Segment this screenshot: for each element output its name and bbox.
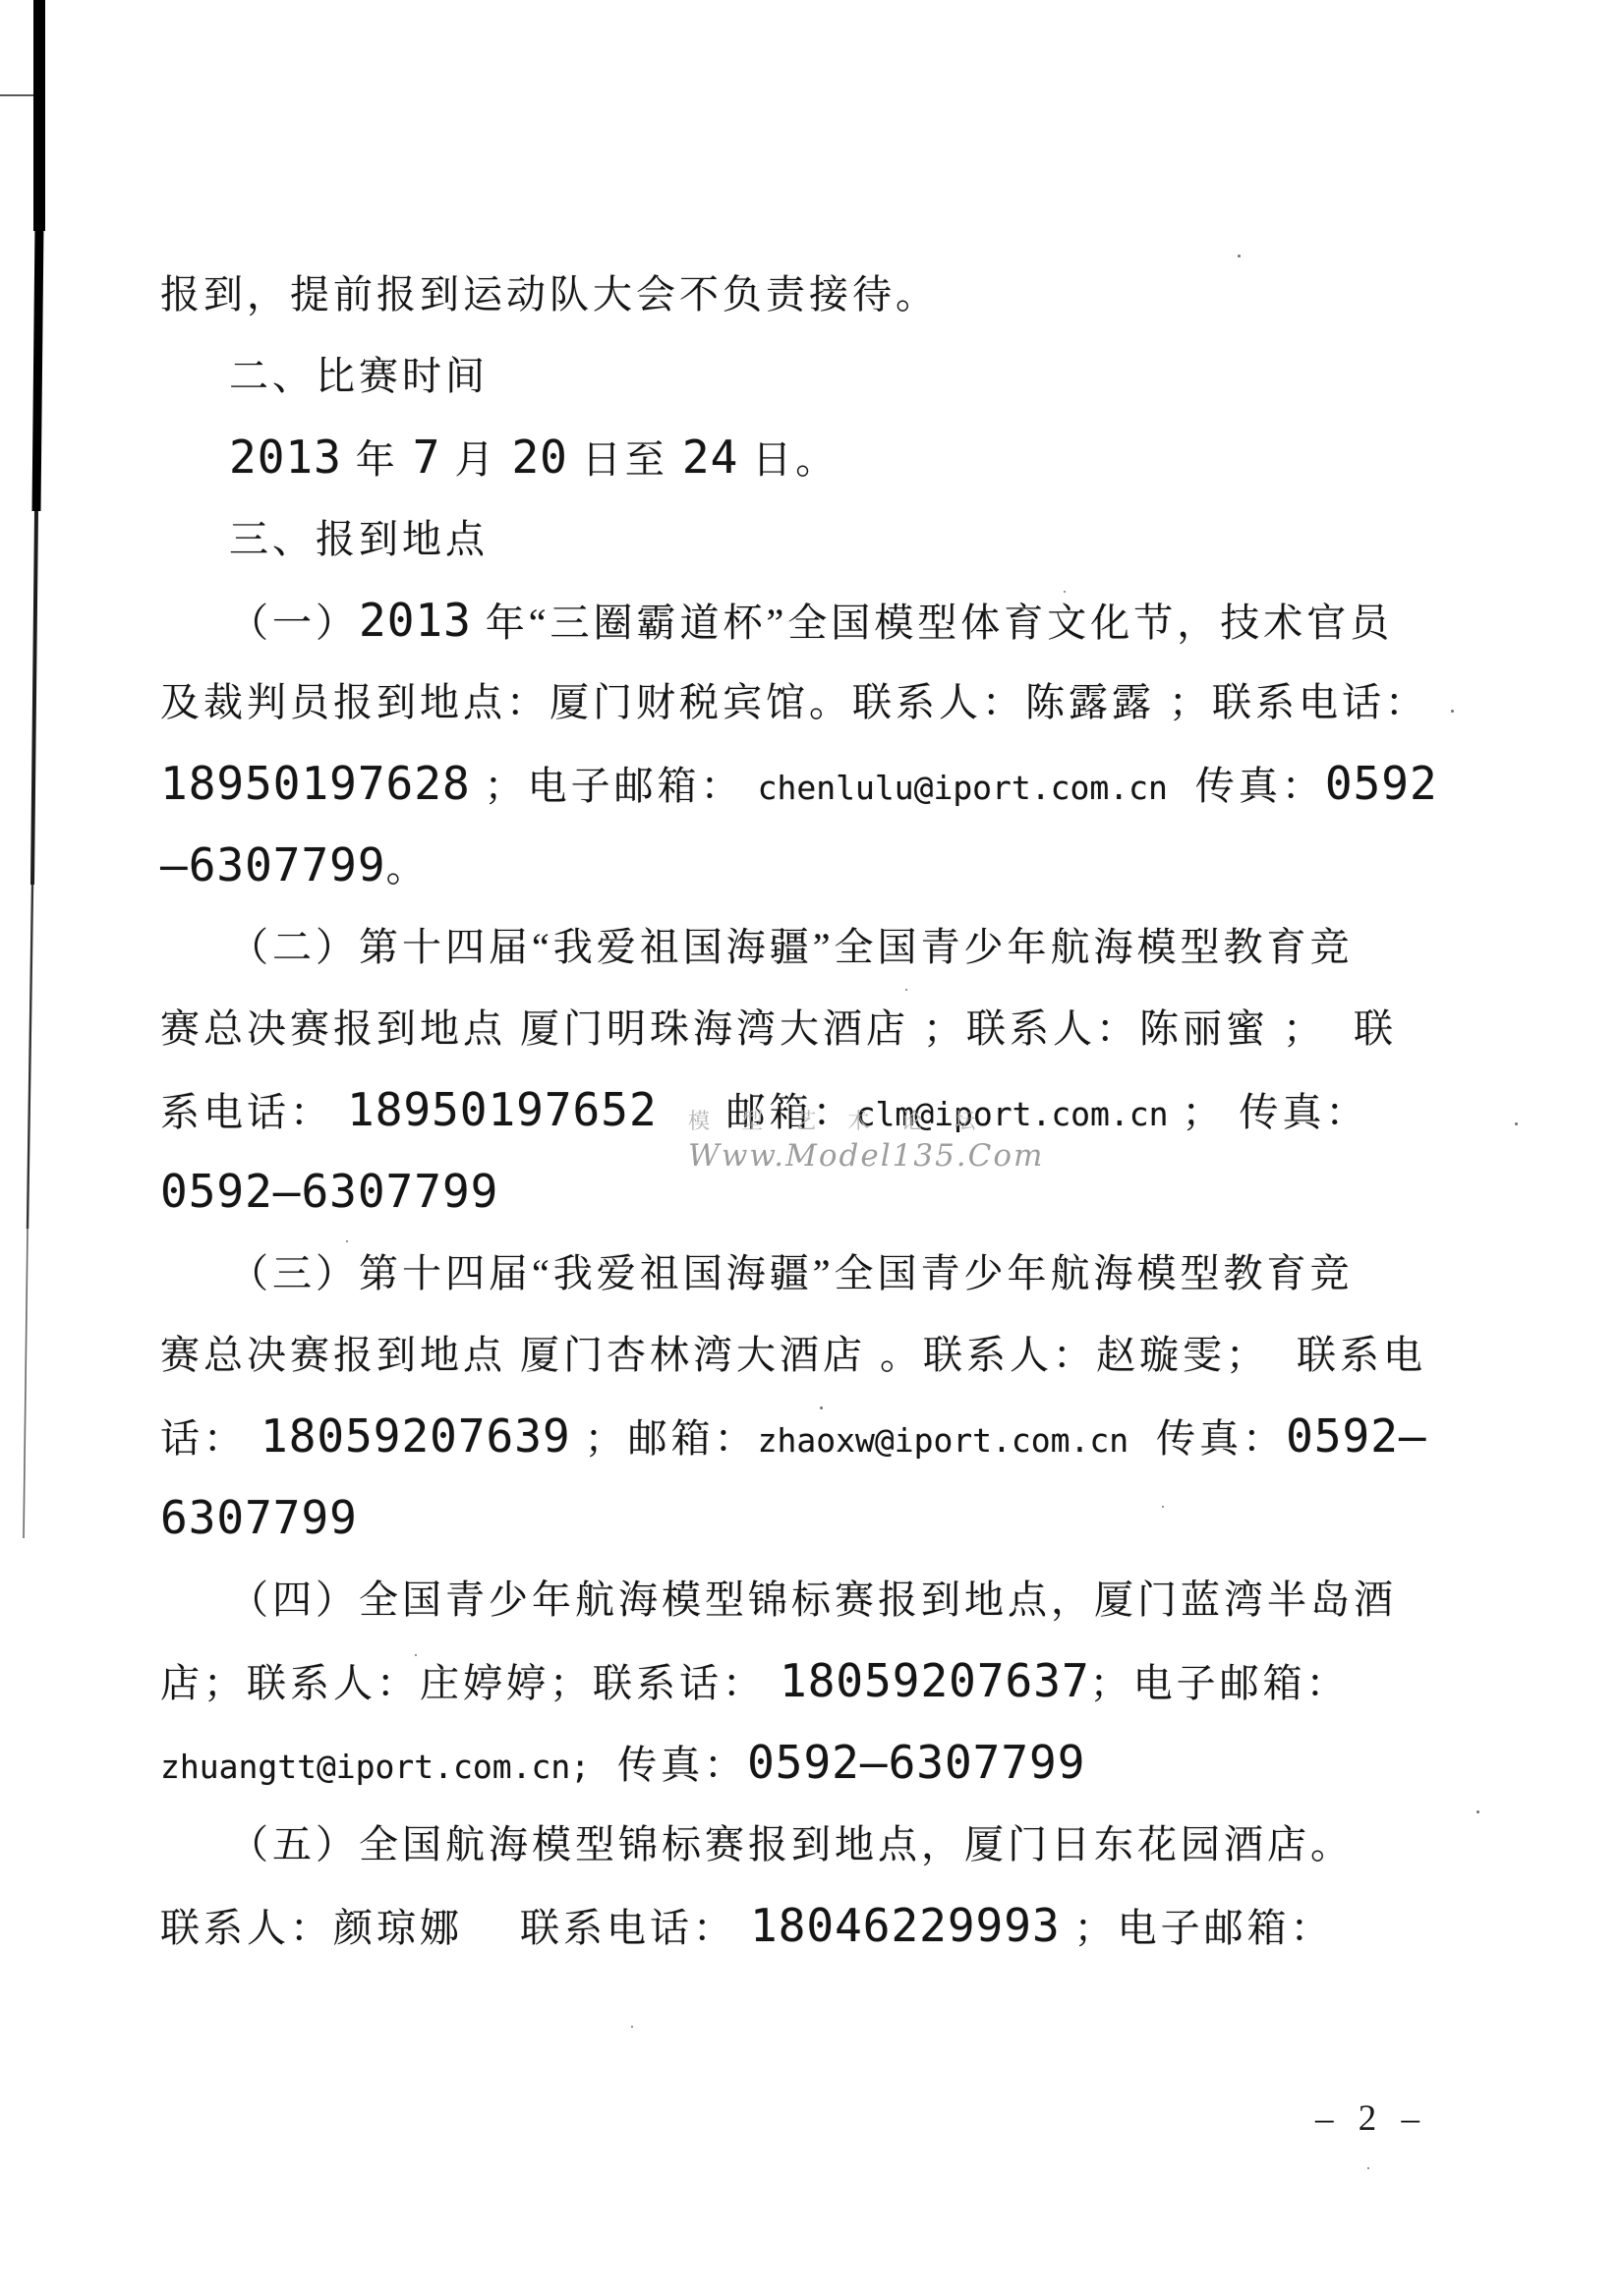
text-line: （二）第十四届“我爱祖国海疆”全国青少年航海模型教育竞 [160, 906, 1482, 988]
cjk-text: 传真： [1128, 1416, 1286, 1461]
number-text: 0592—6307799 [747, 1736, 1085, 1789]
text-line: （四）全国青少年航海模型锦标赛报到地点，厦门蓝湾半岛酒 [160, 1559, 1482, 1640]
text-line: 赛总决赛报到地点 厦门杏林湾大酒店 。联系人：赵璇雯； 联系电 [160, 1314, 1482, 1396]
number-text: 18950197652 [347, 1083, 658, 1136]
cjk-text: 报到，提前报到运动队大会不负责接待。 [160, 272, 939, 316]
scan-speckle [1476, 1810, 1479, 1813]
email-text: clm@iport.com.cn [856, 1095, 1169, 1133]
number-text: 0592— [1286, 1409, 1426, 1463]
number-text: 0592 [1325, 757, 1438, 810]
scan-speckle [1238, 255, 1241, 258]
scan-speckle [1515, 1122, 1518, 1125]
cjk-text: ；电子邮箱： [1090, 1661, 1350, 1705]
cjk-text: 赛总决赛报到地点 厦门明珠海湾大酒店 ；联系人：陈丽蜜 ； 联 [160, 1006, 1397, 1051]
cjk-text: （三）第十四届“我爱祖国海疆”全国青少年航海模型教育竞 [229, 1251, 1354, 1295]
number-text: 18950197628 [160, 757, 471, 810]
number-text: 18059207639 [260, 1409, 571, 1463]
text-line: 赛总决赛报到地点 厦门明珠海湾大酒店 ；联系人：陈丽蜜 ； 联 [160, 988, 1482, 1069]
cjk-text: 年 [342, 437, 413, 482]
scan-speckle [415, 1654, 417, 1656]
text-line: （三）第十四届“我爱祖国海疆”全国青少年航海模型教育竞 [160, 1233, 1482, 1314]
scan-edge-artifact [0, 0, 69, 1573]
number-text: 7 [413, 430, 441, 484]
text-line: （五）全国航海模型锦标赛报到地点，厦门日东花园酒店。 [160, 1804, 1482, 1885]
cjk-text: （四）全国青少年航海模型锦标赛报到地点，厦门蓝湾半岛酒 [229, 1578, 1397, 1622]
cjk-text: 传真： [1168, 764, 1325, 808]
cjk-text: 日。 [738, 437, 839, 482]
text-line: 18950197628 ；电子邮箱： chenlulu@iport.com.cn… [160, 743, 1482, 825]
cjk-text: ；邮箱： [571, 1416, 758, 1461]
document-body: 报到，提前报到运动队大会不负责接待。二、比赛时间2013 年 7 月 20 日至… [160, 254, 1482, 1967]
cjk-text: ；电子邮箱： [1061, 1906, 1334, 1950]
scan-speckle [1064, 591, 1066, 593]
email-text: zhuangtt@iport.com.cn; [160, 1748, 590, 1786]
scan-speckle [631, 2026, 633, 2028]
text-line: 及裁判员报到地点：厦门财税宾馆。联系人：陈露露 ；联系电话： [160, 661, 1482, 743]
number-text: 2013 [229, 430, 342, 484]
cjk-text: ； 传真： [1169, 1090, 1369, 1134]
scan-speckle [1162, 1506, 1164, 1508]
cjk-text: 月 [440, 437, 511, 482]
text-line: 2013 年 7 月 20 日至 24 日。 [160, 417, 1482, 498]
number-text: 2013 [359, 594, 472, 647]
page-number: – 2 – [1315, 2097, 1433, 2140]
cjk-text: 三、报到地点 [229, 517, 489, 561]
scan-speckle [820, 1406, 823, 1409]
text-line: 0592—6307799 [160, 1151, 1482, 1233]
number-text: 0592—6307799 [160, 1165, 498, 1218]
cjk-text: 日至 [568, 437, 682, 482]
cjk-text: 邮箱： [658, 1090, 856, 1134]
cjk-text: 话： [160, 1416, 260, 1461]
cjk-text: 系电话： [160, 1090, 347, 1134]
scan-speckle [1451, 710, 1454, 713]
text-line: 6307799 [160, 1477, 1482, 1559]
scanned-document-page: 报到，提前报到运动队大会不负责接待。二、比赛时间2013 年 7 月 20 日至… [0, 0, 1620, 2296]
number-text: 20 [511, 430, 567, 484]
cjk-text: （一） [229, 601, 359, 645]
text-line: zhuangtt@iport.com.cn; 传真：0592—6307799 [160, 1722, 1482, 1804]
scan-speckle [905, 989, 907, 991]
text-line: 三、报到地点 [160, 498, 1482, 580]
text-line: 店；联系人：庄婷婷；联系话： 18059207637；电子邮箱： [160, 1640, 1482, 1722]
cjk-text: 。 [386, 845, 430, 890]
number-text: 18059207637 [780, 1654, 1090, 1707]
cjk-text: 传真： [590, 1743, 747, 1787]
cjk-text: 店；联系人：庄婷婷；联系话： [160, 1661, 780, 1705]
scan-speckle [1367, 2167, 1369, 2169]
text-line: 报到，提前报到运动队大会不负责接待。 [160, 254, 1482, 335]
text-line: —6307799。 [160, 825, 1482, 906]
number-text: 18046229993 [750, 1899, 1061, 1952]
text-line: 联系人：颜琼娜 联系电话： 18046229993 ；电子邮箱： [160, 1885, 1482, 1967]
cjk-text: ；电子邮箱： [471, 764, 758, 808]
number-text: 24 [682, 430, 738, 484]
cjk-text: （五）全国航海模型锦标赛报到地点，厦门日东花园酒店。 [229, 1822, 1354, 1866]
cjk-text: 联系人：颜琼娜 联系电话： [160, 1906, 750, 1950]
text-line: 系电话： 18950197652 邮箱：clm@iport.com.cn ； 传… [160, 1069, 1482, 1151]
cjk-text: （二）第十四届“我爱祖国海疆”全国青少年航海模型教育竞 [229, 925, 1354, 969]
cjk-text: 二、比赛时间 [229, 354, 489, 398]
number-text: 6307799 [160, 1491, 358, 1544]
text-line: 二、比赛时间 [160, 335, 1482, 417]
email-text: zhaoxw@iport.com.cn [758, 1421, 1129, 1460]
cjk-text: 赛总决赛报到地点 厦门杏林湾大酒店 。联系人：赵璇雯； 联系电 [160, 1333, 1426, 1377]
text-line: （一）2013 年“三圈霸道杯”全国模型体育文化节，技术官员 [160, 580, 1482, 661]
cjk-text: 年“三圈霸道杯”全国模型体育文化节，技术官员 [472, 601, 1394, 645]
number-text: —6307799 [160, 838, 386, 891]
cjk-text: 及裁判员报到地点：厦门财税宾馆。联系人：陈露露 ；联系电话： [160, 680, 1428, 724]
scan-speckle [346, 1240, 348, 1242]
email-text: chenlulu@iport.com.cn [758, 769, 1168, 807]
